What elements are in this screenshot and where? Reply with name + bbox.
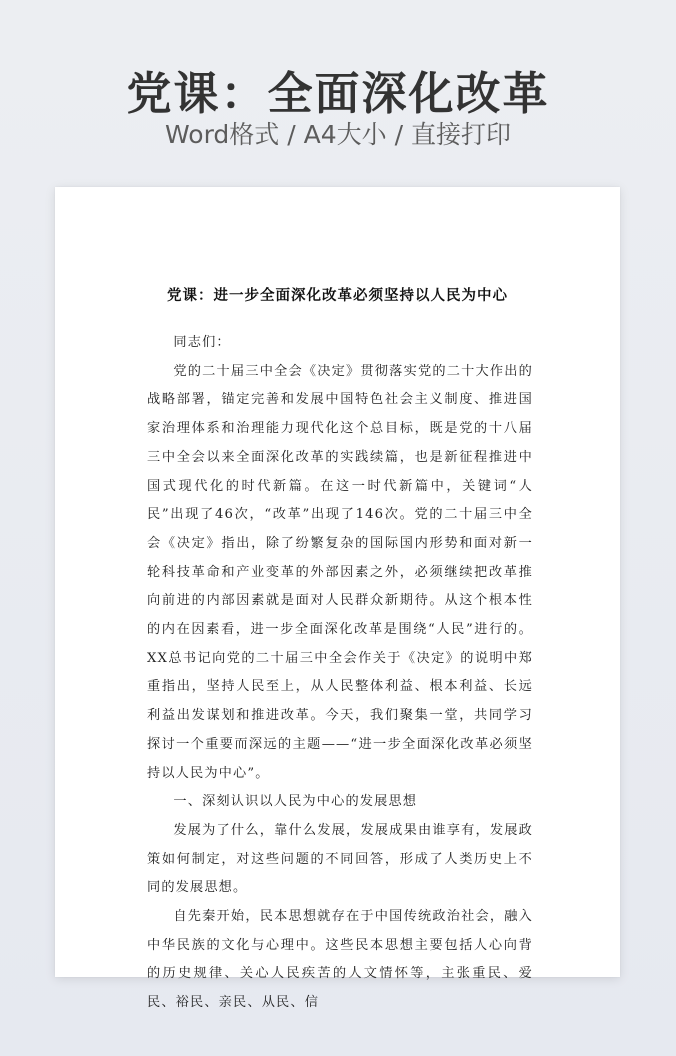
body-paragraph: 自先秦开始，民本思想就存在于中国传统政治社会，融入中华民族的文化与心理中。这些民… <box>147 903 533 1018</box>
document-body: 同志们： 党的二十届三中全会《决定》贯彻落实党的二十大作出的战略部署，锚定完善和… <box>147 329 533 1018</box>
document-title: 党课：进一步全面深化改革必须坚持以人民为中心 <box>55 284 620 305</box>
document-page: 党课：进一步全面深化改革必须坚持以人民为中心 同志们： 党的二十届三中全会《决定… <box>55 187 620 977</box>
salutation: 同志们： <box>147 329 533 358</box>
body-paragraph: 发展为了什么，靠什么发展，发展成果由谁享有，发展政策如何制定，对这些问题的不同回… <box>147 817 533 903</box>
banner-subtitle: Word格式 / A4大小 / 直接打印 <box>0 118 676 152</box>
banner-title: 党课：全面深化改革 <box>0 66 676 122</box>
section-heading: 一、深刻认识以人民为中心的发展思想 <box>147 788 533 817</box>
body-paragraph: 党的二十届三中全会《决定》贯彻落实党的二十大作出的战略部署，锚定完善和发展中国特… <box>147 358 533 789</box>
